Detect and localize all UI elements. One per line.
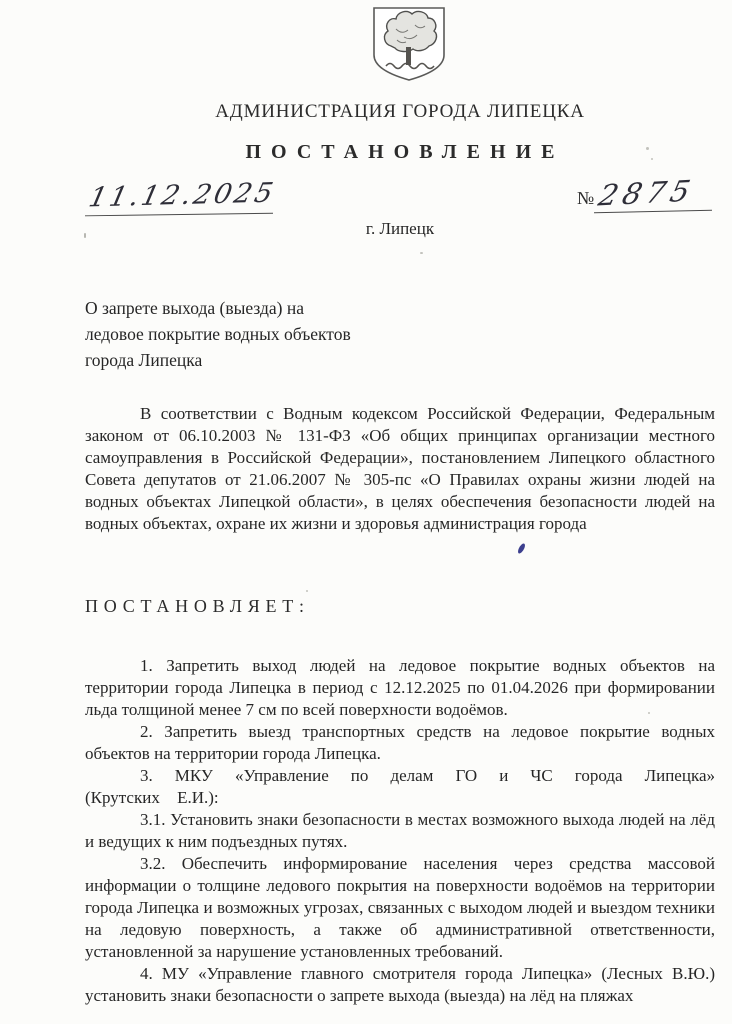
org-name: АДМИНИСТРАЦИЯ ГОРОДА ЛИПЕЦКА	[85, 101, 715, 123]
subject-line: ледовое покрытие водных объектов	[85, 321, 445, 347]
handwritten-number: 2875	[595, 174, 698, 213]
resolution-item: 2. Запретить выезд транспортных средств …	[85, 721, 715, 765]
resolution-items: 1. Запретить выход людей на ледовое покр…	[85, 655, 715, 1007]
handwritten-date: 11.12.2025	[86, 178, 279, 214]
scanned-decree-page: АДМИНИСТРАЦИЯ ГОРОДА ЛИПЕЦКА ПОСТАНОВЛЕН…	[0, 0, 732, 1024]
resolution-item: 1. Запретить выход людей на ледовое покр…	[85, 655, 715, 721]
doc-type-title: ПОСТАНОВЛЕНИЕ	[85, 141, 715, 164]
subject-block: О запрете выхода (выезда) на ледовое пок…	[85, 295, 445, 373]
subject-line: О запрете выхода (выезда) на	[85, 295, 445, 321]
resolution-item: 4. МУ «Управление главного смотрителя го…	[85, 963, 715, 1007]
preamble-paragraph: В соответствии с Водным кодексом Российс…	[85, 403, 715, 535]
resolution-item: 3. МКУ «Управление по делам ГО и ЧС горо…	[85, 765, 715, 809]
date-underline	[85, 213, 273, 217]
lipetsk-coat-of-arms	[366, 5, 452, 88]
number-sign: №	[577, 188, 594, 209]
stray-ink-mark	[517, 542, 526, 554]
resolution-item: 3.2. Обеспечить информирование населения…	[85, 853, 715, 963]
place-line: г. Липецк	[85, 219, 715, 239]
coat-of-arms-shield-icon	[366, 5, 452, 83]
subject-line: города Липецка	[85, 347, 445, 373]
resolves-heading: ПОСТАНОВЛЯЕТ:	[85, 596, 310, 617]
resolution-item: 3.1. Установить знаки безопасности в мес…	[85, 809, 715, 853]
